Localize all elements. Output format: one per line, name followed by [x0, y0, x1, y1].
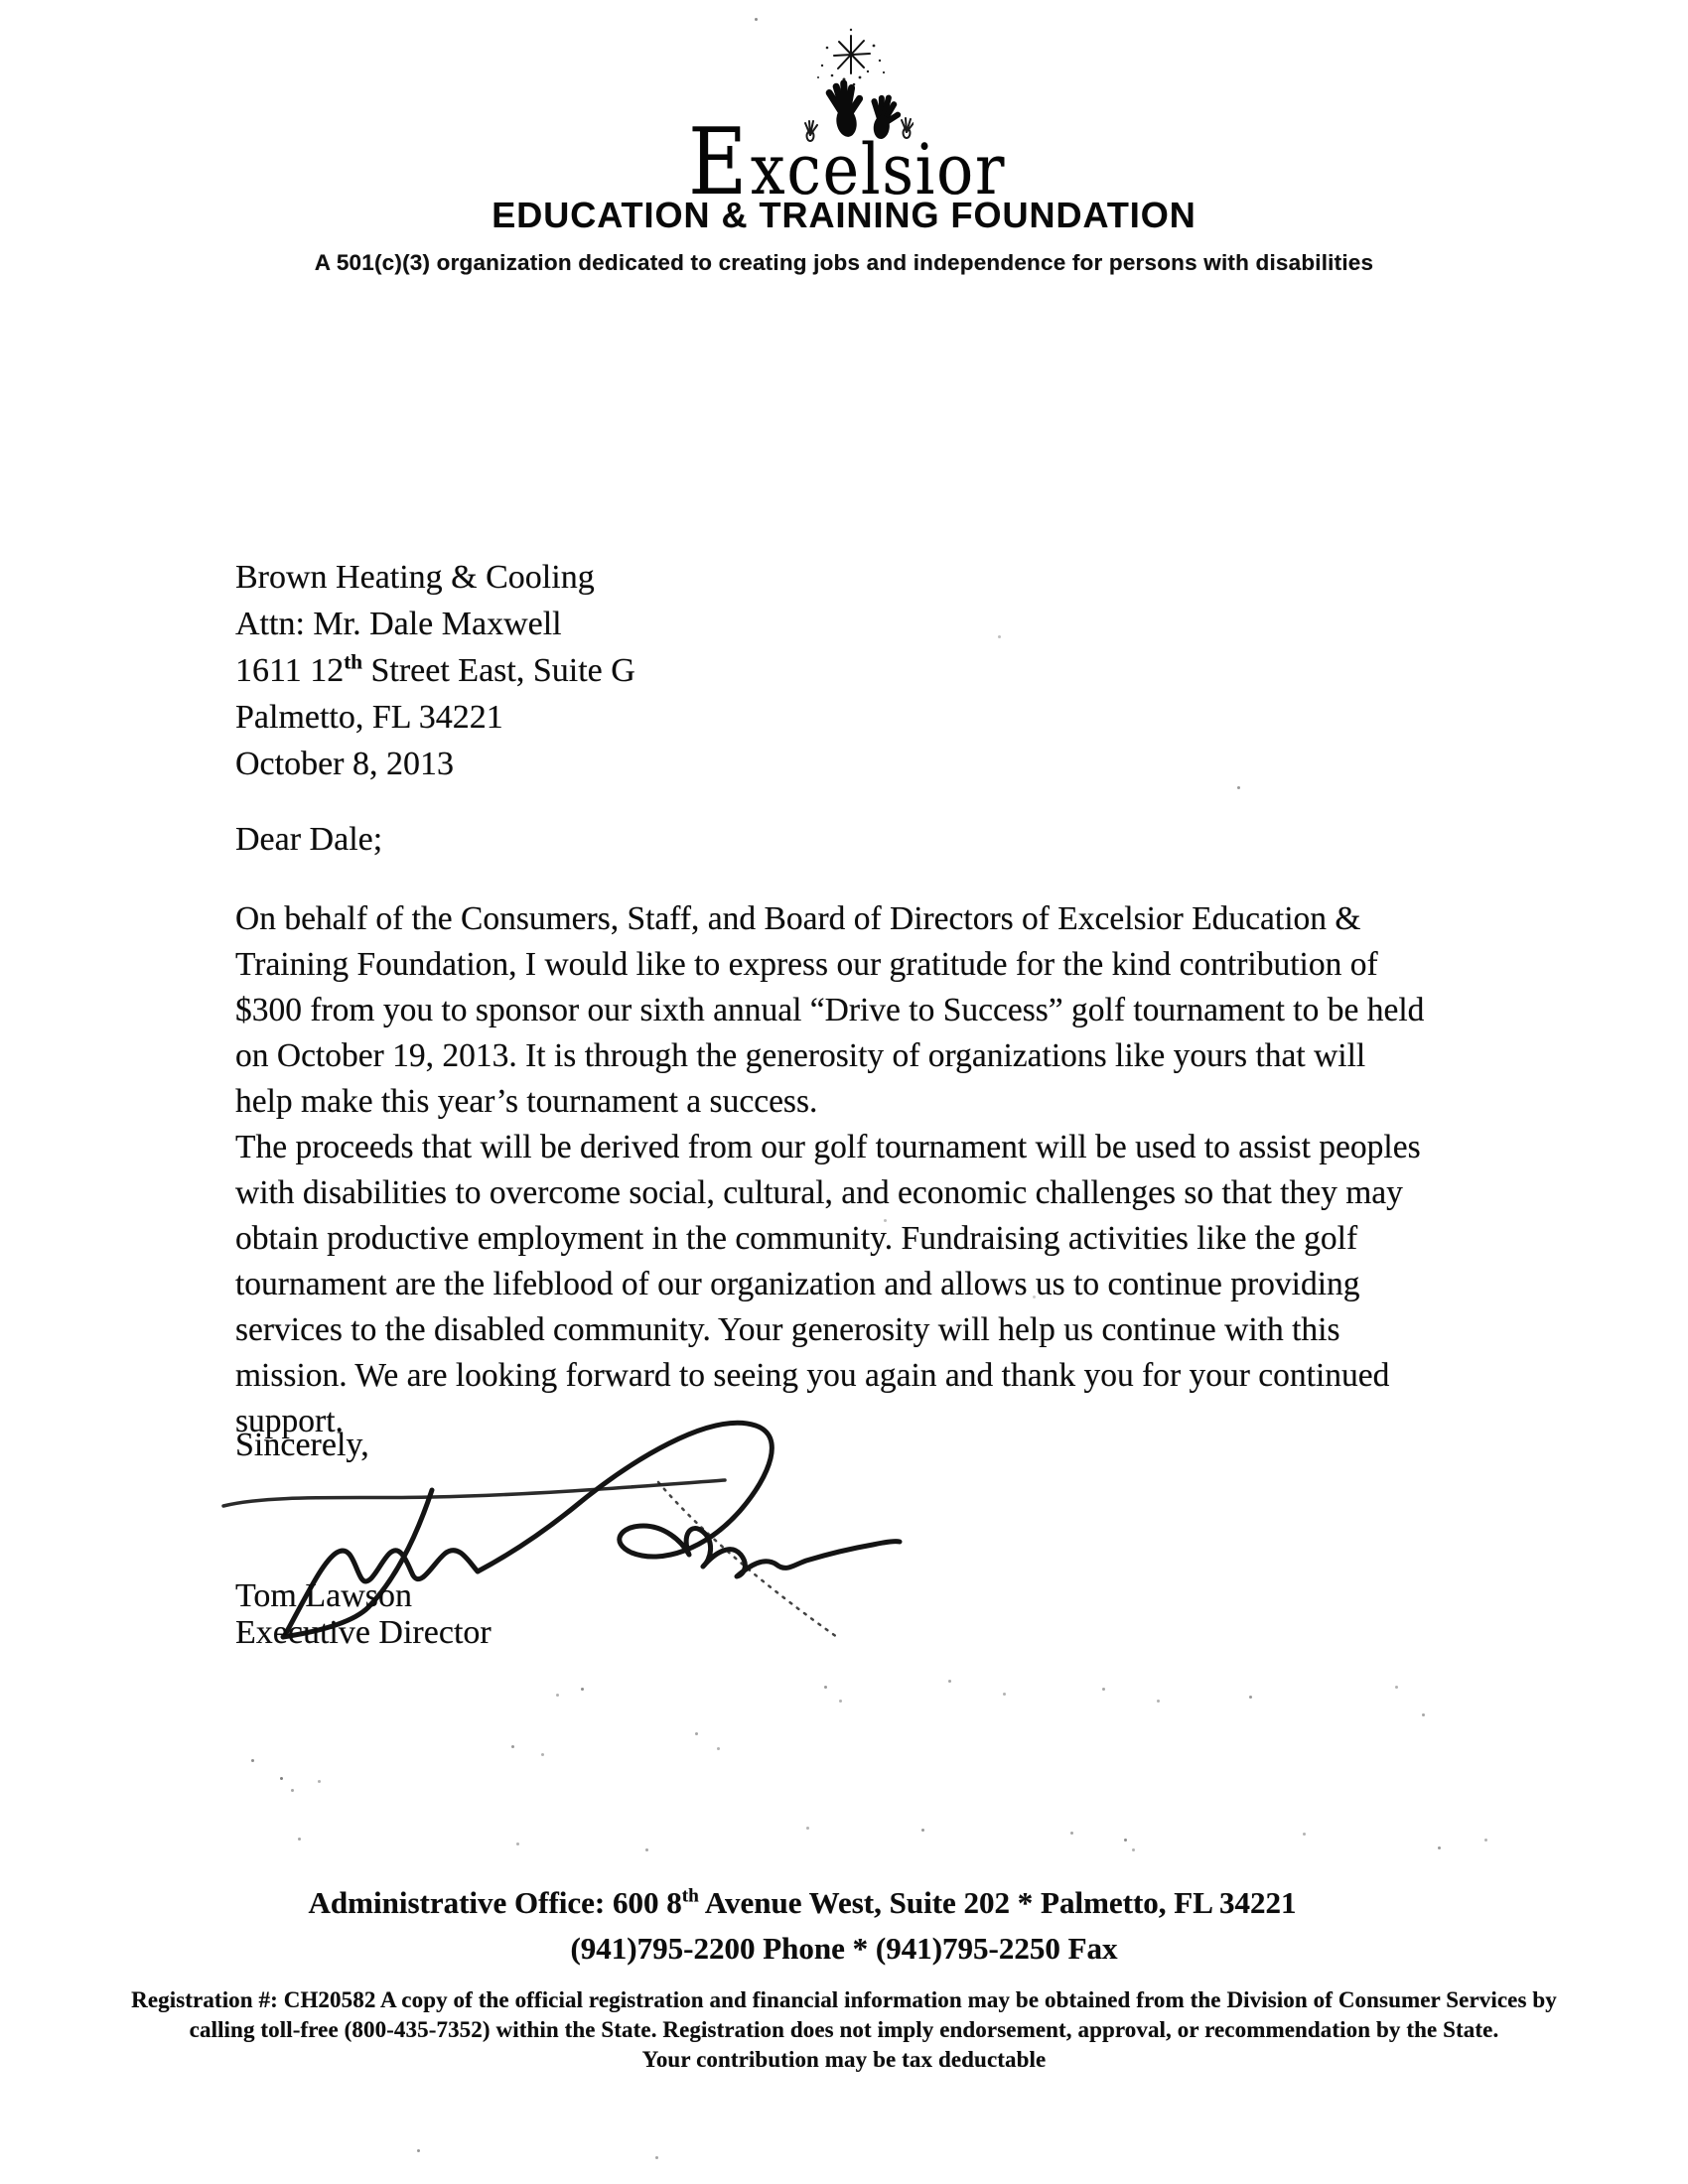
- recipient-company: Brown Heating & Cooling: [235, 554, 635, 601]
- letter-date: October 8, 2013: [235, 746, 454, 783]
- body-paragraph-1: On behalf of the Consumers, Staff, and B…: [235, 896, 1556, 1125]
- footer-tax-note: Your contribution may be tax deductable: [0, 2047, 1688, 2073]
- ordinal-suffix: th: [682, 1886, 699, 1907]
- letterhead: Excelsior EDUCATION & TRAINING FOUNDATIO…: [0, 0, 1688, 298]
- scan-noise: [0, 0, 3, 3]
- footer-office-address: Administrative Office: 600 8th Avenue We…: [0, 1885, 1646, 1921]
- salutation: Dear Dale;: [235, 821, 382, 859]
- star-sparkle: [834, 36, 870, 73]
- footer-registration-line1: Registration #: CH20582 A copy of the of…: [0, 1987, 1688, 2013]
- ordinal-suffix: th: [344, 650, 362, 674]
- recipient-address-block: Brown Heating & Cooling Attn: Mr. Dale M…: [235, 554, 635, 741]
- footer-registration-line2: calling toll-free (800-435-7352) within …: [0, 2017, 1688, 2043]
- footer-phone-fax: (941)795-2200 Phone * (941)795-2250 Fax: [0, 1931, 1688, 1967]
- recipient-city-state-zip: Palmetto, FL 34221: [235, 694, 635, 741]
- letter-page: Excelsior EDUCATION & TRAINING FOUNDATIO…: [0, 0, 1688, 2184]
- logo-wordmark: Excelsior: [688, 117, 941, 206]
- organization-tagline: A 501(c)(3) organization dedicated to cr…: [0, 250, 1688, 276]
- body-paragraph-2: The proceeds that will be derived from o…: [235, 1125, 1556, 1444]
- signer-name: Tom Lawson: [235, 1577, 412, 1615]
- organization-name: EDUCATION & TRAINING FOUNDATION: [0, 195, 1688, 236]
- recipient-street: 1611 12th Street East, Suite G: [235, 647, 635, 694]
- recipient-attn: Attn: Mr. Dale Maxwell: [235, 601, 635, 647]
- signer-title: Executive Director: [235, 1614, 492, 1652]
